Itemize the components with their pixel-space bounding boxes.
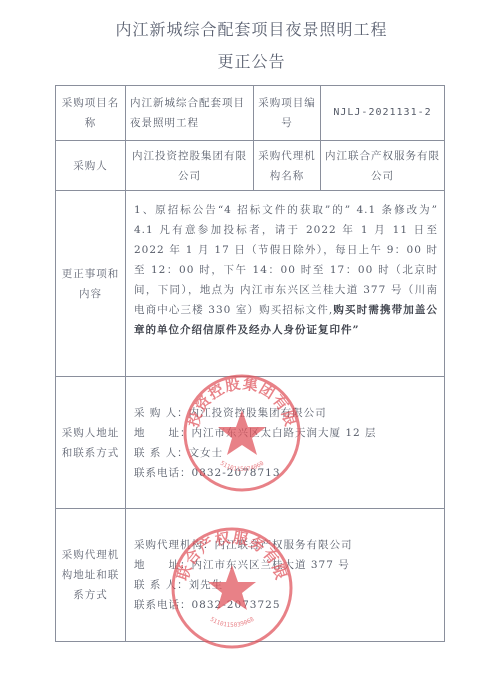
project-name-label: 采购项目名称 [56, 86, 126, 141]
purchaser-contact-label: 采购人地址和联系方式 [56, 377, 126, 509]
purchaser-name-line: 采 购 人：内江投资控股集团有限公司 [134, 403, 440, 423]
agency-label: 采购代理机构名称 [254, 141, 321, 191]
purchaser-phone-line: 联系电话：0832-2078713 [134, 463, 440, 483]
document-subtitle: 更正公告 [0, 49, 503, 72]
table-row-purchaser-contact: 采购人地址和联系方式 采 购 人：内江投资控股集团有限公司 地 址：内江市东兴区… [56, 377, 445, 509]
purchaser-label: 采购人 [56, 141, 126, 191]
purchaser-value: 内江投资控股集团有限公司 [126, 141, 254, 191]
table-row-agency-contact: 采购代理机构地址和联系方式 采购代理机构：内江联合产权服务有限公司 地 址：内江… [56, 509, 445, 642]
purchaser-contact-person-line: 联 系 人：文女士 [134, 443, 440, 463]
agency-name-line: 采购代理机构：内江联合产权服务有限公司 [134, 535, 440, 555]
purchaser-contact-content: 采 购 人：内江投资控股集团有限公司 地 址：内江市东兴区太白路天润大厦 12 … [126, 377, 445, 509]
agency-phone-line: 联系电话：0832-2073725 [134, 595, 440, 615]
project-code-value: NJLJ-2021131-2 [321, 86, 445, 141]
table-row-correction: 更正事项和内容 1、原招标公告“4 招标文件的获取”的” 4.1 条修改为” 4… [56, 191, 445, 377]
project-code-label: 采购项目编号 [254, 86, 321, 141]
correction-content: 1、原招标公告“4 招标文件的获取”的” 4.1 条修改为” 4.1 凡有意参加… [126, 191, 445, 377]
project-name-value: 内江新城综合配套项目夜景照明工程 [126, 86, 254, 141]
table-row-purchaser: 采购人 内江投资控股集团有限公司 采购代理机构名称 内江联合产权服务有限公司 [56, 141, 445, 191]
agency-address-line: 地 址：内江市东兴区兰桂大道 377 号 [134, 555, 440, 575]
correction-label: 更正事项和内容 [56, 191, 126, 377]
agency-value: 内江联合产权服务有限公司 [321, 141, 445, 191]
correction-text: 1、原招标公告“4 招标文件的获取”的” 4.1 条修改为” 4.1 凡有意参加… [134, 204, 438, 316]
agency-contact-label: 采购代理机构地址和联系方式 [56, 509, 126, 642]
document-title: 内江新城综合配套项目夜景照明工程 [0, 17, 503, 40]
announcement-table: 采购项目名称 内江新城综合配套项目夜景照明工程 采购项目编号 NJLJ-2021… [55, 85, 445, 642]
agency-contact-person-line: 联 系 人：刘先生 [134, 575, 440, 595]
table-row-project: 采购项目名称 内江新城综合配套项目夜景照明工程 采购项目编号 NJLJ-2021… [56, 86, 445, 141]
purchaser-address-line: 地 址：内江市东兴区太白路天润大厦 12 层 [134, 423, 440, 443]
agency-contact-content: 采购代理机构：内江联合产权服务有限公司 地 址：内江市东兴区兰桂大道 377 号… [126, 509, 445, 642]
